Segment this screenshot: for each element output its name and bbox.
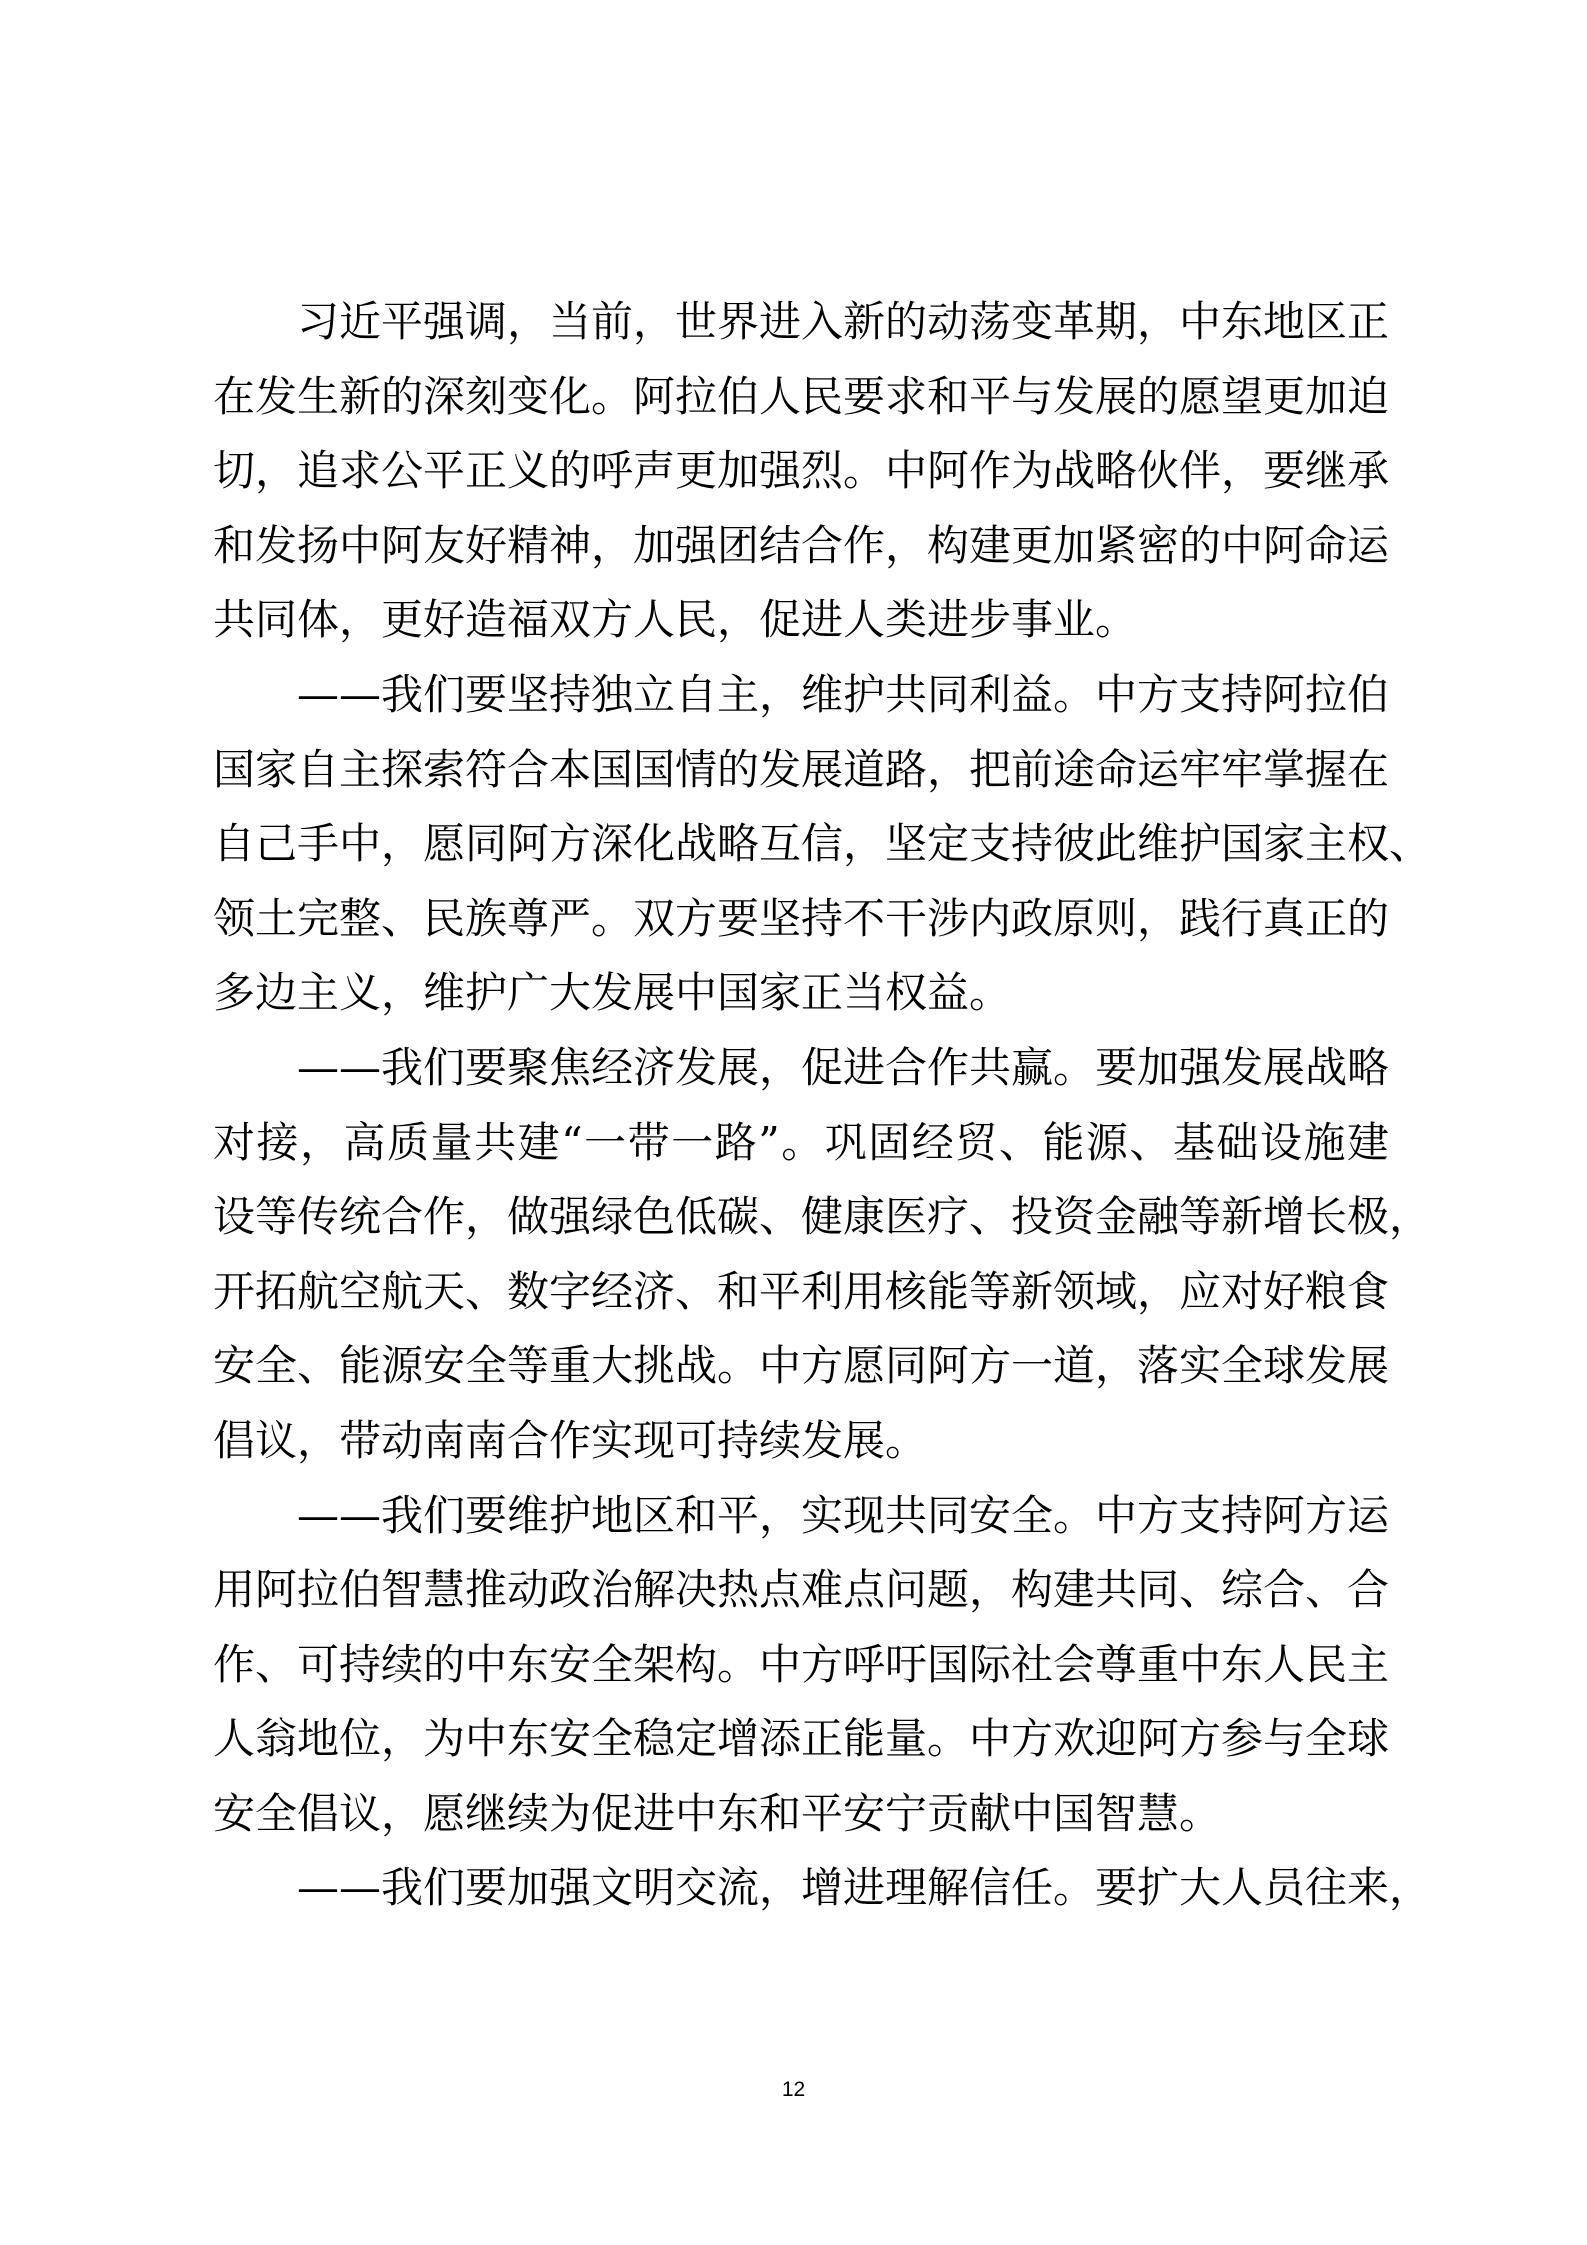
body-text: 习近平强调，当前，世界进入新的动荡变革期，中东地区正 在发生新的深刻变化。阿拉伯… <box>213 285 1389 1926</box>
paragraph-1-line-3: 切，追求公平正义的呼声更加强烈。中阿作为战略伙伴，要继承 <box>213 434 1389 509</box>
paragraph-3-line-1: ——我们要聚焦经济发展，促进合作共赢。要加强发展战略 <box>213 1031 1389 1106</box>
paragraph-3-line-5: 安全、能源安全等重大挑战。中方愿同阿方一道，落实全球发展 <box>213 1329 1389 1404</box>
paragraph-1-line-2: 在发生新的深刻变化。阿拉伯人民要求和平与发展的愿望更加迫 <box>213 360 1389 435</box>
paragraph-3-line-4: 开拓航空航天、数字经济、和平利用核能等新领域，应对好粮食 <box>213 1255 1389 1330</box>
paragraph-1-line-1: 习近平强调，当前，世界进入新的动荡变革期，中东地区正 <box>213 285 1389 360</box>
paragraph-4-line-3: 作、可持续的中东安全架构。中方呼吁国际社会尊重中东人民主 <box>213 1628 1389 1703</box>
paragraph-3-line-2: 对接，高质量共建“一带一路”。巩固经贸、能源、基础设施建 <box>213 1106 1389 1181</box>
paragraph-4-line-5: 安全倡议，愿继续为促进中东和平安宁贡献中国智慧。 <box>213 1777 1389 1852</box>
paragraph-1-line-5: 共同体，更好造福双方人民，促进人类进步事业。 <box>213 583 1389 658</box>
paragraph-4-line-4: 人翁地位，为中东安全稳定增添正能量。中方欢迎阿方参与全球 <box>213 1702 1389 1777</box>
paragraph-4-line-2: 用阿拉伯智慧推动政治解决热点难点问题，构建共同、综合、合 <box>213 1553 1389 1628</box>
paragraph-3-line-6: 倡议，带动南南合作实现可持续发展。 <box>213 1404 1389 1479</box>
paragraph-2-line-2: 国家自主探索符合本国国情的发展道路，把前途命运牢牢掌握在 <box>213 733 1389 808</box>
paragraph-3-line-3: 设等传统合作，做强绿色低碳、健康医疗、投资金融等新增长极， <box>213 1180 1389 1255</box>
paragraph-2-line-4: 领土完整、民族尊严。双方要坚持不干涉内政原则，践行真正的 <box>213 882 1389 957</box>
paragraph-2-line-5: 多边主义，维护广大发展中国家正当权益。 <box>213 956 1389 1031</box>
page-number: 12 <box>0 2078 1587 2102</box>
paragraph-5-line-1: ——我们要加强文明交流，增进理解信任。要扩大人员往来， <box>213 1851 1389 1926</box>
document-page: 习近平强调，当前，世界进入新的动荡变革期，中东地区正 在发生新的深刻变化。阿拉伯… <box>0 0 1587 2245</box>
paragraph-4-line-1: ——我们要维护地区和平，实现共同安全。中方支持阿方运 <box>213 1479 1389 1554</box>
paragraph-2-line-3: 自己手中，愿同阿方深化战略互信，坚定支持彼此维护国家主权、 <box>213 807 1389 882</box>
paragraph-1-line-4: 和发扬中阿友好精神，加强团结合作，构建更加紧密的中阿命运 <box>213 509 1389 584</box>
paragraph-2-line-1: ——我们要坚持独立自主，维护共同利益。中方支持阿拉伯 <box>213 658 1389 733</box>
